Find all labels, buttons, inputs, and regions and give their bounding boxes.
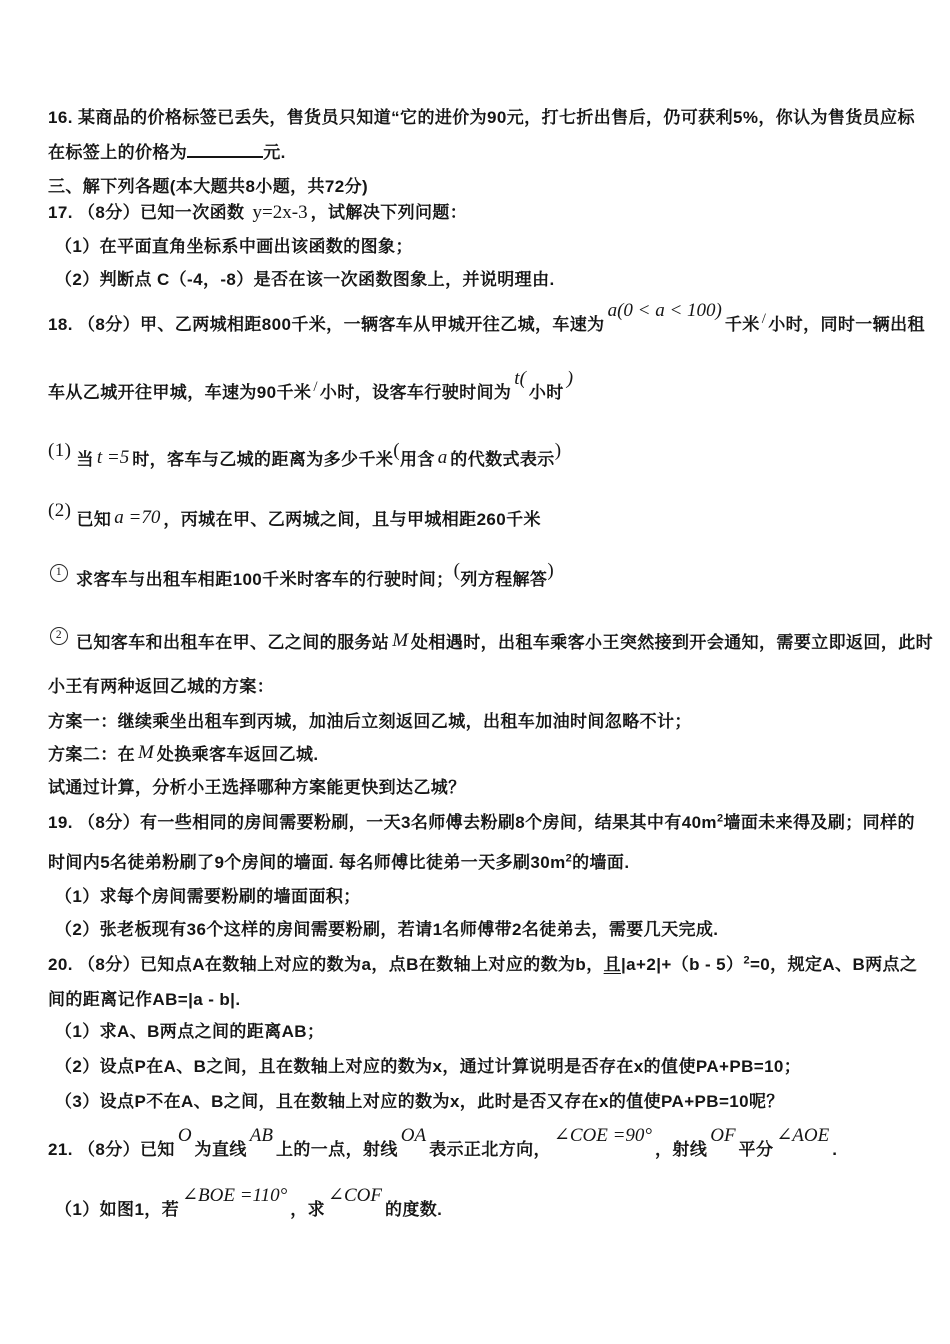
- circled-number-2-icon: 2: [50, 627, 68, 645]
- point-m: M: [135, 742, 157, 763]
- item-text-mid: ，求: [290, 1200, 325, 1219]
- item-text: （1）如图1，若: [55, 1200, 179, 1219]
- question-20-line-2: 间的距离记作AB=|a - b|.: [48, 985, 240, 1010]
- underlined-char: 且: [604, 955, 621, 974]
- point-o: O: [175, 1125, 195, 1146]
- question-18-text-end: 小时，同时一辆出租: [768, 315, 925, 334]
- close-paren: ): [547, 560, 554, 581]
- question-18-text: 18. （8分）甲、乙两城相距800千米，一辆客车从甲城开往乙城，车速为: [48, 315, 605, 334]
- function-formula: y=2x-3: [250, 202, 311, 223]
- circled-number-1-icon: 1: [50, 564, 68, 582]
- close-paren: ): [564, 368, 576, 389]
- question-21-title: 21. （8分）已知O为直线AB上的一点，射线OA表示正北方向，∠COE =90…: [48, 1135, 837, 1161]
- ray-oa: OA: [398, 1125, 429, 1146]
- item-text: （1）求每个房间需要粉刷的墙面面积；: [55, 887, 361, 906]
- question-20-text-end: =0，规定A、B两点之: [750, 955, 917, 974]
- question-19-text-end: 墙面未来得及刷；同样的: [723, 813, 914, 832]
- per-slash: /: [311, 379, 320, 395]
- item-text-end: 的度数.: [385, 1200, 442, 1219]
- question-17-item-1: （1）在平面直角坐标系中画出该函数的图象；: [55, 232, 413, 257]
- question-18-conclusion: 试通过计算，分析小王选择哪种方案能更快到达乙城？: [48, 773, 466, 798]
- paren-note-end: 的代数式表示: [450, 450, 554, 469]
- question-16-unit: 元.: [263, 143, 286, 162]
- section-3-title: 三、解下列各题(本大题共8小题，共72分): [48, 177, 368, 196]
- exam-page: 16. 某商品的价格标签已丢失，售货员只知道“它的进价为90元，打七折出售后，仍…: [0, 0, 950, 1344]
- continuation-text: 小王有两种返回乙城的方案：: [48, 677, 274, 696]
- question-17-title: 17. （8分）已知一次函数 y=2x-3，试解决下列问题：: [48, 198, 467, 224]
- question-21-text: 21. （8分）已知: [48, 1140, 175, 1159]
- question-21-text: 上的一点，射线: [276, 1140, 398, 1159]
- question-19-line-1: 19. （8分）有一些相同的房间需要粉刷，一天3名师傅去粉刷8个房间，结果其中有…: [48, 808, 915, 833]
- question-20-item-3: （3）设点P不在A、B之间，且在数轴上对应的数为x，此时是否又存在x的值使PA+…: [55, 1087, 784, 1112]
- unit-km: 千米: [725, 315, 760, 334]
- question-18-text-mid: 小时，设客车行驶时间为: [320, 383, 511, 402]
- question-21-text: 表示正北方向，: [429, 1140, 551, 1159]
- close-paren: ): [555, 440, 562, 461]
- question-21-item-1: （1）如图1，若∠BOE =110°，求∠COF的度数.: [55, 1195, 442, 1221]
- t-equals-5: t =5: [94, 447, 132, 468]
- question-19-text: 时间内5名徒弟粉刷了9个房间的墙面. 每名师傅比徒弟一天多刷30m: [48, 853, 566, 872]
- question-20-item-1: （1）求A、B两点之间的距离AB；: [55, 1017, 324, 1042]
- item-text: 已知: [76, 510, 111, 529]
- equation-text: |a+2|+（b - 5）: [621, 955, 743, 974]
- item-text-end: ，丙城在甲、乙两城之间，且与甲城相距260千米: [163, 510, 541, 529]
- question-18-sub-2: 2已知客车和出租车在甲、乙之间的服务站M处相遇时，出租车乘客小王突然接到开会通知…: [50, 628, 933, 655]
- question-19-line-2: 时间内5名徒弟粉刷了9个房间的墙面. 每名师傅比徒弟一天多刷30m2的墙面.: [48, 848, 629, 873]
- unit-hour: 小时: [529, 383, 564, 402]
- a-equals-70: a =70: [111, 507, 163, 528]
- sub-item-text: 求客车与出租车相距100千米时客车的行驶时间；: [76, 570, 454, 589]
- item-number: (2): [48, 500, 71, 521]
- question-17-item-2: （2）判断点 C（-4，-8）是否在该一次函数图象上，并说明理由.: [55, 265, 555, 290]
- question-18-plan-1: 方案一：继续乘坐出租车到丙城，加油后立刻返回乙城，出租车加油时间忽略不计；: [48, 707, 692, 732]
- plan-2-text: 方案二：在: [48, 745, 135, 764]
- question-20-line-1: 20. （8分）已知点A在数轴上对应的数为a，点B在数轴上对应的数为b，且|a+…: [48, 950, 917, 975]
- question-18-plan-2: 方案二：在M处换乘客车返回乙城.: [48, 740, 319, 766]
- item-text: 当: [76, 450, 93, 469]
- question-19-text: 19. （8分）有一些相同的房间需要粉刷，一天3名师傅去粉刷8个房间，结果其中有…: [48, 813, 717, 832]
- question-18-continuation: 小王有两种返回乙城的方案：: [48, 672, 274, 697]
- plan-1-text: 方案一：继续乘坐出租车到丙城，加油后立刻返回乙城，出租车加油时间忽略不计；: [48, 712, 692, 731]
- question-20-text: 20. （8分）已知点A在数轴上对应的数为a，点B在数轴上对应的数为b，: [48, 955, 604, 974]
- question-16-line-2: 在标签上的价格为元.: [48, 138, 286, 163]
- question-18-sub-1: 1求客车与出租车相距100千米时客车的行驶时间；(列方程解答): [50, 565, 554, 592]
- speed-formula: a(0 < a < 100): [605, 300, 725, 321]
- question-18-item-1: (1) 当t =5时，客车与乙城的距离为多少千米(用含a的代数式表示): [48, 445, 561, 471]
- angle-aoe: ∠AOE: [773, 1125, 832, 1146]
- item-number: (1): [48, 440, 71, 461]
- per-slash: /: [760, 311, 769, 327]
- paren-note: 用含: [400, 450, 435, 469]
- question-18-item-2: (2) 已知a =70，丙城在甲、乙两城之间，且与甲城相距260千米: [48, 505, 541, 531]
- angle-coe-equation: ∠COE =90°: [551, 1125, 655, 1146]
- ray-of: OF: [707, 1125, 738, 1146]
- question-16-text: 16. 某商品的价格标签已丢失，售货员只知道“它的进价为90元，打七折出售后，仍…: [48, 108, 915, 127]
- angle-boe-equation: ∠BOE =110°: [179, 1185, 290, 1206]
- period: .: [832, 1140, 837, 1159]
- question-20-item-2: （2）设点P在A、B之间，且在数轴上对应的数为x，通过计算说明是否存在x的值使P…: [55, 1052, 801, 1077]
- question-18-text: 车从乙城开往甲城，车速为90千米: [48, 383, 311, 402]
- item-text: （2）张老板现有36个这样的房间需要粉刷，若请1名师傅带2名徒弟去，需要几天完成…: [55, 920, 718, 939]
- question-21-text: 为直线: [195, 1140, 247, 1159]
- point-m: M: [389, 630, 411, 651]
- open-paren: (: [454, 560, 461, 581]
- answer-blank: [187, 151, 263, 158]
- item-text: （1）在平面直角坐标系中画出该函数的图象；: [55, 237, 413, 256]
- item-text-mid: 时，客车与乙城的距离为多少千米: [132, 450, 393, 469]
- sub-item-text-end: 处相遇时，出租车乘客小王突然接到开会通知，需要立即返回，此时: [411, 633, 933, 652]
- question-19-item-1: （1）求每个房间需要粉刷的墙面面积；: [55, 882, 361, 907]
- question-21-text: ，射线: [655, 1140, 707, 1159]
- question-20-text: 间的距离记作AB=|a - b|.: [48, 990, 240, 1009]
- open-paren: (: [393, 440, 400, 461]
- question-16-text-continued: 在标签上的价格为: [48, 143, 187, 162]
- item-text: （2）设点P在A、B之间，且在数轴上对应的数为x，通过计算说明是否存在x的值使P…: [55, 1057, 801, 1076]
- item-text: （2）判断点 C（-4，-8）是否在该一次函数图象上，并说明理由.: [55, 270, 555, 289]
- line-ab: AB: [247, 1125, 276, 1146]
- question-17-text-end: ，试解决下列问题：: [311, 203, 468, 222]
- question-19-item-2: （2）张老板现有36个这样的房间需要粉刷，若请1名师傅带2名徒弟去，需要几天完成…: [55, 915, 718, 940]
- question-18-line-1: 18. （8分）甲、乙两城相距800千米，一辆客车从甲城开往乙城，车速为a(0 …: [48, 310, 925, 336]
- plan-2-text-end: 处换乘客车返回乙城.: [157, 745, 319, 764]
- a-variable: a: [435, 447, 451, 468]
- question-17-text: 17. （8分）已知一次函数: [48, 203, 250, 222]
- question-21-text: 平分: [739, 1140, 774, 1159]
- question-18-line-2: 车从乙城开往甲城，车速为90千米/小时，设客车行驶时间为t(小时): [48, 378, 576, 404]
- paren-note: 列方程解答: [460, 570, 547, 589]
- section-3-header: 三、解下列各题(本大题共8小题，共72分): [48, 172, 368, 197]
- time-variable: t(: [511, 368, 529, 389]
- item-text: （3）设点P不在A、B之间，且在数轴上对应的数为x，此时是否又存在x的值使PA+…: [55, 1092, 784, 1111]
- item-text: （1）求A、B两点之间的距离AB；: [55, 1022, 324, 1041]
- conclusion-text: 试通过计算，分析小王选择哪种方案能更快到达乙城？: [48, 778, 466, 797]
- sub-item-text: 已知客车和出租车在甲、乙之间的服务站: [76, 633, 389, 652]
- question-19-text-end: 的墙面.: [572, 853, 629, 872]
- question-16-line-1: 16. 某商品的价格标签已丢失，售货员只知道“它的进价为90元，打七折出售后，仍…: [48, 103, 915, 128]
- angle-cof: ∠COF: [325, 1185, 385, 1206]
